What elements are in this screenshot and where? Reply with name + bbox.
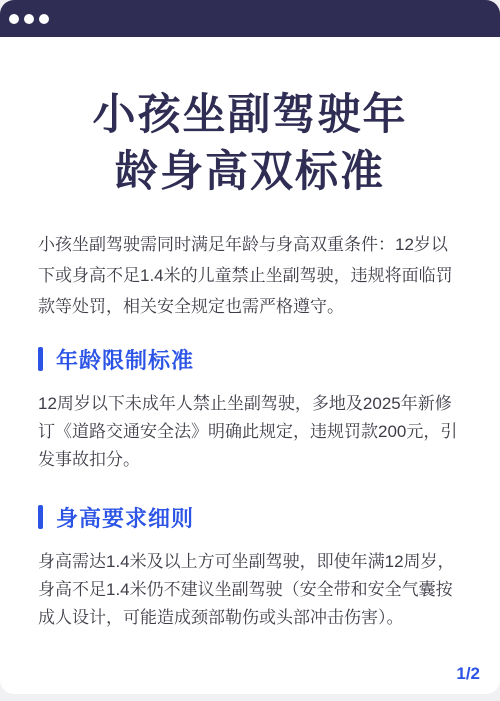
window-dot-icon <box>24 14 34 24</box>
window-dot-icon <box>9 14 19 24</box>
card-content: 小孩坐副驾驶年 龄身高双标准 小孩坐副驾驶需同时满足年龄与身高双重条件：12岁以… <box>0 87 500 632</box>
accent-bar-icon <box>38 347 43 371</box>
accent-bar-icon <box>38 505 43 529</box>
page-title: 小孩坐副驾驶年 龄身高双标准 <box>38 87 462 201</box>
section-title: 身高要求细则 <box>56 502 194 533</box>
section-age-limit: 年龄限制标准 12周岁以下未成年人禁止坐副驾驶，多地及2025年新修订《道路交通… <box>38 344 462 474</box>
intro-paragraph: 小孩坐副驾驶需同时满足年龄与身高双重条件：12岁以下或身高不足1.4米的儿童禁止… <box>38 229 462 322</box>
section-header: 年龄限制标准 <box>38 344 462 374</box>
page-indicator: 1/2 <box>456 664 480 684</box>
section-height-requirement: 身高要求细则 身高需达1.4米及以上方可坐副驾驶，即使年满12周岁，身高不足1.… <box>38 502 462 632</box>
section-body: 身高需达1.4米及以上方可坐副驾驶，即使年满12周岁，身高不足1.4米仍不建议坐… <box>38 548 462 632</box>
section-title: 年龄限制标准 <box>56 344 194 375</box>
page-title-line-1: 小孩坐副驾驶年 <box>38 87 462 144</box>
section-header: 身高要求细则 <box>38 502 462 532</box>
window-dot-icon <box>39 14 49 24</box>
window-controls <box>9 14 49 24</box>
section-body: 12周岁以下未成年人禁止坐副驾驶，多地及2025年新修订《道路交通安全法》明确此… <box>38 390 462 474</box>
window-titlebar <box>0 0 500 37</box>
page-title-line-2: 龄身高双标准 <box>38 144 462 201</box>
infographic-card: 小孩坐副驾驶年 龄身高双标准 小孩坐副驾驶需同时满足年龄与身高双重条件：12岁以… <box>0 0 500 694</box>
